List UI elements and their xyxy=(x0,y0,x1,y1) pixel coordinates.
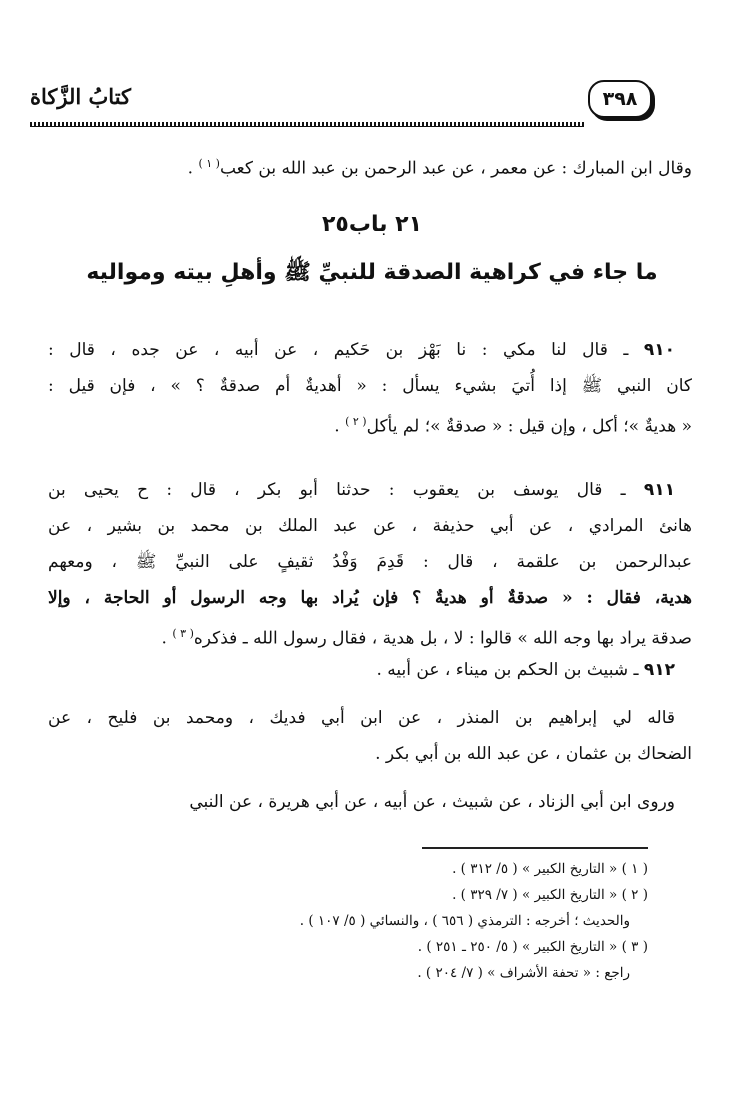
hadith-line: عبدالرحمن بن علقمة ، قال : قَدِمَ وَفْدُ… xyxy=(48,544,692,580)
hadith-line: ٩١٠ ـ قال لنا مكي : نا بَهْز بن حَكيم ، … xyxy=(48,332,692,368)
header-divider xyxy=(30,122,584,127)
hadith-number: ٩١١ xyxy=(644,480,675,500)
paragraph-line: وروى ابن أبي الزناد ، عن شبيث ، عن أبيه … xyxy=(48,784,692,820)
intro-end: . xyxy=(188,159,193,179)
footnote-3-note: راجع : « تحفة الأشراف » ( ٧/ ٢٠٤ ) . xyxy=(300,960,648,986)
footnote-ref-1: ( ١ ) xyxy=(198,157,220,170)
book-page: ٣٩٨ كتابُ الزَّكاة وقال ابن المبارك : عن… xyxy=(0,0,744,1096)
hadith-text: ـ شبيث بن الحكم بن ميناء ، عن أبيه . xyxy=(377,660,639,680)
chapter-title: ما جاء في كراهية الصدقة للنبيِّ ﷺ وأهلِ … xyxy=(0,258,744,290)
hadith-text: ـ قال يوسف بن يعقوب : حدثنا أبو بكر ، قا… xyxy=(48,480,626,500)
hadith-number: ٩١٠ xyxy=(644,340,675,360)
hadith-line: ٩١١ ـ قال يوسف بن يعقوب : حدثنا أبو بكر … xyxy=(48,472,692,508)
running-header: ٣٩٨ كتابُ الزَّكاة xyxy=(30,78,644,134)
footnote-ref-3: ( ٣ ) xyxy=(172,627,194,640)
hadith-text: ـ قال لنا مكي : نا بَهْز بن حَكيم ، عن أ… xyxy=(48,340,628,360)
chapter-number: ٢١ باب٢٥ xyxy=(0,212,744,237)
footnotes: ( ١ ) « التاريخ الكبير » ( ٥/ ٣١٢ ) . ( … xyxy=(300,856,648,986)
hadith-line: « هديةٌ »؛ أكل ، وإن قيل : « صدقةٌ »؛ لم… xyxy=(48,404,692,445)
intro-paragraph: وقال ابن المبارك : عن معمر ، عن عبد الرح… xyxy=(48,146,692,187)
hadith-line: كان النبي ﷺ إذا أُتيَ بشيء يسأل : « أهدي… xyxy=(48,368,692,404)
footnote-divider xyxy=(422,847,648,849)
book-title: كتابُ الزَّكاة xyxy=(30,84,131,109)
hadith-line: ٩١٢ ـ شبيث بن الحكم بن ميناء ، عن أبيه . xyxy=(48,652,692,688)
hadith-910: ٩١٠ ـ قال لنا مكي : نا بَهْز بن حَكيم ، … xyxy=(48,332,692,445)
hadith-number: ٩١٢ xyxy=(644,660,675,680)
hadith-text: « هديةٌ »؛ أكل ، وإن قيل : « صدقةٌ »؛ لم… xyxy=(367,417,692,437)
paragraph-text: وروى ابن أبي الزناد ، عن شبيث ، عن أبيه … xyxy=(189,792,675,812)
hadith-911: ٩١١ ـ قال يوسف بن يعقوب : حدثنا أبو بكر … xyxy=(48,472,692,657)
hadith-line: هانئ المرادي ، عن أبي حذيفة ، عن عبد الم… xyxy=(48,508,692,544)
paragraph-line: قاله لي إبراهيم بن المنذر ، عن ابن أبي ف… xyxy=(48,700,692,736)
hadith-end: . xyxy=(162,629,167,649)
footnote-ref-2: ( ٢ ) xyxy=(345,415,367,428)
narration-paragraph-2: وروى ابن أبي الزناد ، عن شبيث ، عن أبيه … xyxy=(48,784,692,820)
hadith-line: هدية، فقال : « صدقةٌ أو هديةٌ ؟ فإن يُرا… xyxy=(48,580,692,616)
hadith-912: ٩١٢ ـ شبيث بن الحكم بن ميناء ، عن أبيه . xyxy=(48,652,692,688)
hadith-end: . xyxy=(334,417,339,437)
footnote-2: ( ٢ ) « التاريخ الكبير » ( ٧/ ٣٢٩ ) . xyxy=(300,882,648,908)
paragraph-line: الضحاك بن عثمان ، عن عبد الله بن أبي بكر… xyxy=(48,736,692,772)
intro-text: وقال ابن المبارك : عن معمر ، عن عبد الرح… xyxy=(220,159,692,179)
hadith-text: صدقة يراد بها وجه الله » قالوا : لا ، بل… xyxy=(194,629,692,649)
narration-paragraph: قاله لي إبراهيم بن المنذر ، عن ابن أبي ف… xyxy=(48,700,692,772)
hadith-line: صدقة يراد بها وجه الله » قالوا : لا ، بل… xyxy=(48,616,692,657)
paragraph-text: قاله لي إبراهيم بن المنذر ، عن ابن أبي ف… xyxy=(48,708,675,728)
footnote-2-note: والحديث ؛ أخرجه : الترمذي ( ٦٥٦ ) ، والن… xyxy=(300,908,648,934)
footnote-3: ( ٣ ) « التاريخ الكبير » ( ٥/ ٢٥٠ ـ ٢٥١ … xyxy=(300,934,648,960)
footnote-1: ( ١ ) « التاريخ الكبير » ( ٥/ ٣١٢ ) . xyxy=(300,856,648,882)
intro-line: وقال ابن المبارك : عن معمر ، عن عبد الرح… xyxy=(48,146,692,187)
page-number-badge: ٣٩٨ xyxy=(588,80,652,118)
